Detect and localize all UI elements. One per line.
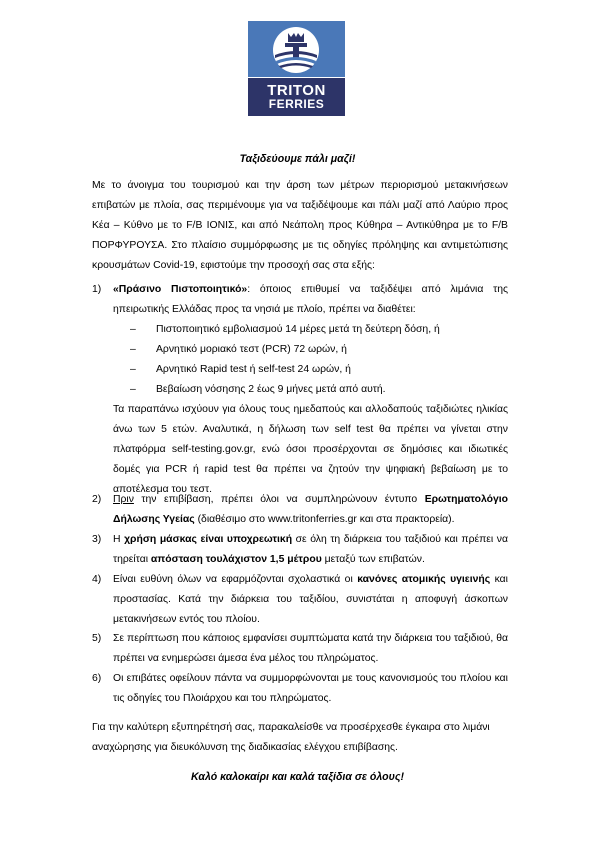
list-item-4: 4) Είναι ευθύνη όλων να εφαρμόζονται σχο… xyxy=(92,570,508,630)
item-bold: «Πράσινο Πιστοποιητικό» xyxy=(113,284,247,295)
list-item-6: 6) Οι επιβάτες οφείλουν πάντα να συμμορφ… xyxy=(92,669,508,709)
logo-line2: FERRIES xyxy=(248,98,345,111)
triton-ferries-logo: TRITON FERRIES xyxy=(248,21,345,116)
closing-paragraph: Για την καλύτερη εξυπηρέτησή σας, παρακα… xyxy=(92,718,508,758)
item-number: 1) xyxy=(92,280,101,300)
logo-line1: TRITON xyxy=(248,83,345,98)
list-item-1: 1) «Πράσινο Πιστοποιητικό»: όποιος επιθυ… xyxy=(92,280,508,320)
list-item-5: 5) Σε περίπτωση που κάποιος εμφανίσει συ… xyxy=(92,629,508,669)
logo-wordmark: TRITON FERRIES xyxy=(248,78,345,116)
item-1-note: Τα παραπάνω ισχύουν για όλους τους ημεδα… xyxy=(92,400,508,500)
page-heading: Ταξιδεύουμε πάλι μαζί! xyxy=(0,153,595,165)
signoff: Καλό καλοκαίρι και καλά ταξίδια σε όλους… xyxy=(0,771,595,783)
list-item-2: 2) Πριν την επιβίβαση, πρέπει όλοι να συ… xyxy=(92,490,508,530)
logo-emblem xyxy=(248,21,345,77)
item-underline: Πριν xyxy=(113,494,134,505)
trident-wave-icon xyxy=(271,25,321,75)
list-item-3: 3) Η χρήση μάσκας είναι υποχρεωτική σε ό… xyxy=(92,530,508,570)
intro-paragraph: Με το άνοιγμα του τουρισμού και την άρση… xyxy=(92,176,508,276)
